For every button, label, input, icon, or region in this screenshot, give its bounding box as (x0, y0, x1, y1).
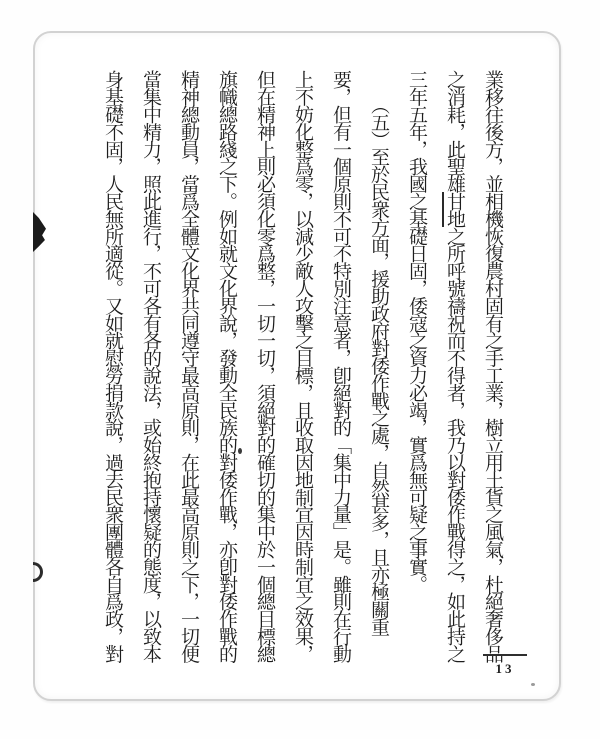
text-column: 要，但有一個原則不可不特別注意者，卽絕對的「集中力量」是。雖則在行動 (331, 70, 350, 674)
text-column: 身基礎不固，人民無所適從。又如就慰勞捐款說，過去民衆團體各自爲政，對 (103, 70, 122, 674)
book-page: 業移往後方，並相機恢復農村固有之手工業，樹立用土貨之風氣，杜絕奢侈品之消耗，此聖… (33, 31, 561, 701)
page-number: 13 (483, 654, 527, 677)
text-column: 三年五年，我國之基礎日固，倭寇之資力必竭，實爲無可疑之事實。 (407, 70, 426, 674)
text-column: 旗幟總路綫之下。例如就文化界說，發動全民族的對倭作戰，亦卽對倭作戰的 (217, 70, 236, 674)
text-column: 精神總動員，當爲全體文化界共同遵守最高原則，在此最高原則之下，一切便 (179, 70, 198, 674)
text-column: 之消耗，此聖雄甘地之所呼號禱祝而不得者，我乃以對倭作戰得之，如此持之 (445, 70, 464, 674)
text-column: 上不妨化整爲零，以減少敵人攻擊之目標，且收取因地制宜因時制宜之效果， (293, 70, 312, 674)
text-column: 當集中精力，照此進行，不可各有各的說法，或始終抱持懷疑的態度，以致本 (141, 70, 160, 674)
page-number-text: 13 (496, 661, 515, 676)
ink-smudge-top (33, 212, 46, 252)
text-column: （五）至於民衆方面，援助政府對倭作戰之處，自然甚多，且亦極關重 (369, 70, 388, 674)
ink-speck-bottom (531, 683, 535, 686)
vertical-text-block: 業移往後方，並相機恢復農村固有之手工業，樹立用土貨之風氣，杜絕奢侈品之消耗，此聖… (84, 70, 502, 674)
proper-name-mark: 甘地 (442, 192, 465, 227)
ink-smudge-bottom (33, 562, 43, 582)
text-column: 業移往後方，並相機恢復農村固有之手工業，樹立用土貨之風氣，杜絕奢侈品 (483, 70, 502, 674)
text-column: 但在精神上則必須化零爲整，一切一切，須絕對的確切的集中於一個總目標總 (255, 70, 274, 674)
